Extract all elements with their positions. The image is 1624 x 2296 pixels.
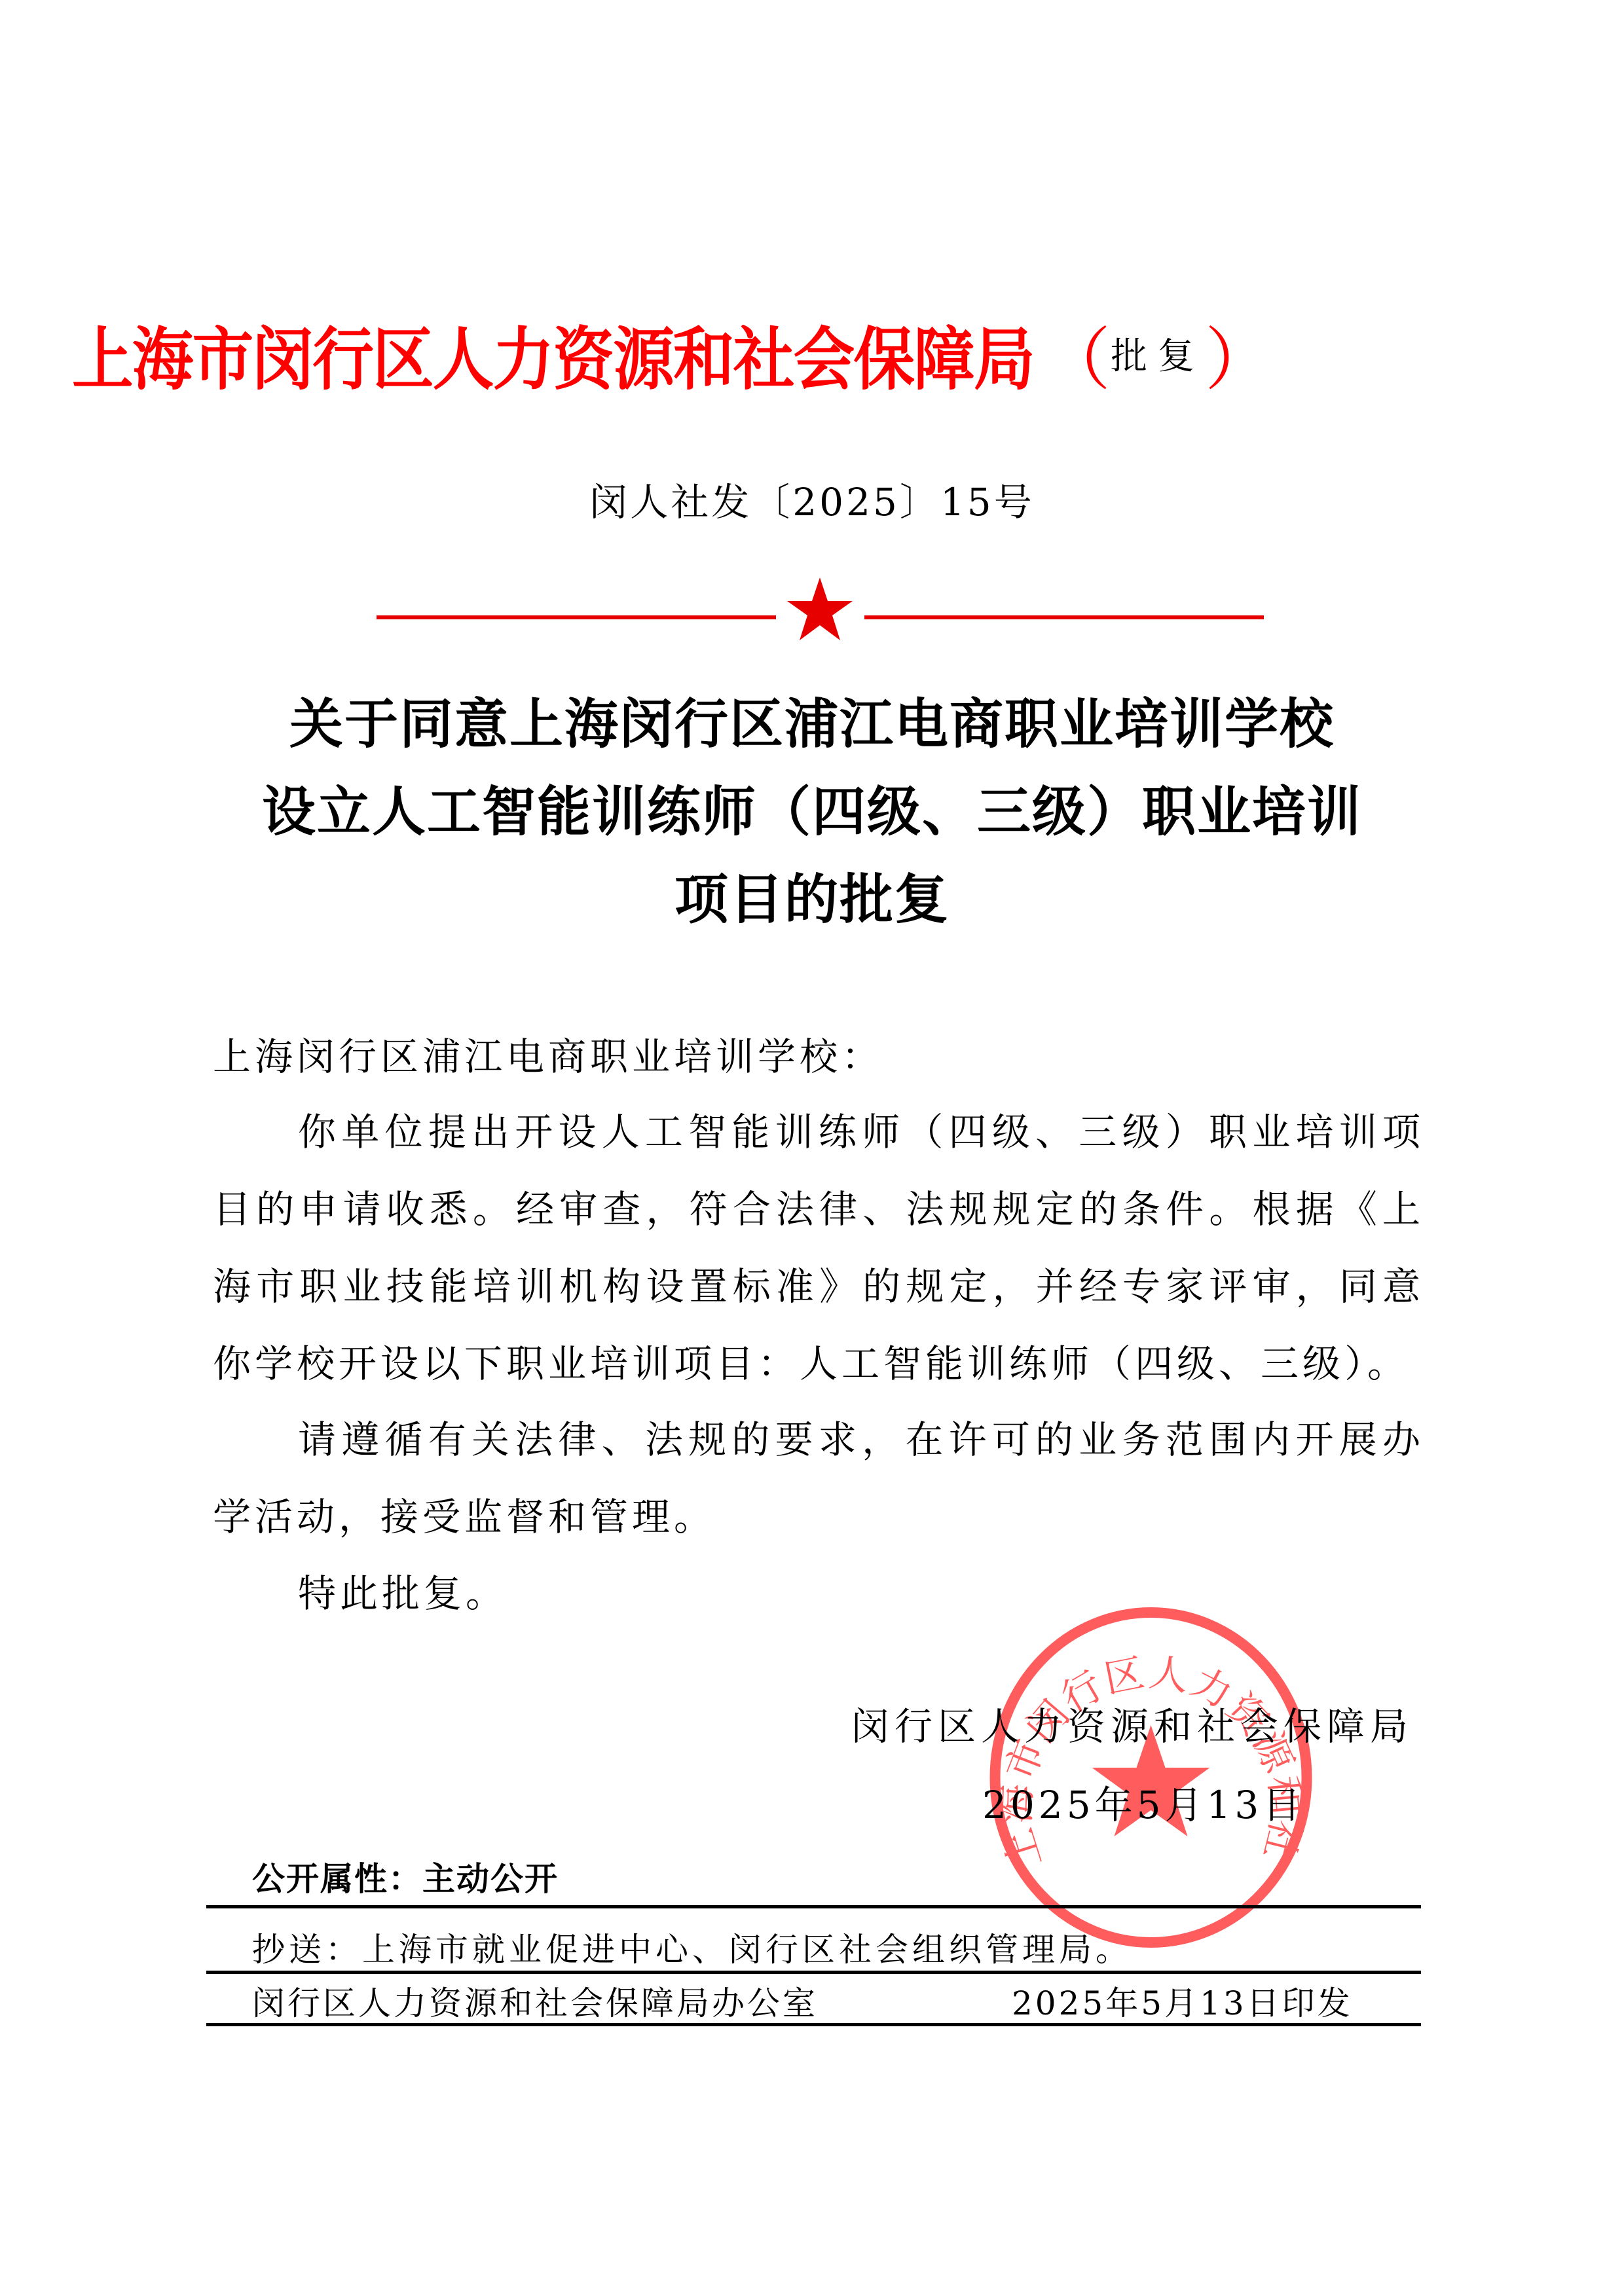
title-line: 项目的批复 [164,856,1460,944]
red-star-icon [786,576,854,642]
document-title: 关于同意上海闵行区浦江电商职业培训学校 设立人工智能训练师（四级、三级）职业培训… [164,681,1460,944]
masthead-organization: 上海市闵行区人力资源和社会保障局 [72,304,1034,403]
signature-organization: 闵行区人力资源和社会保障局 [851,1696,1413,1751]
separator-line-left [377,615,776,619]
separator-line-right [864,615,1264,619]
masthead-doc-type-group: （ 批复 ） [1043,304,1273,403]
disclosure-attribute: 公开属性：主动公开 [252,1853,559,1900]
issuing-office: 闵行区人力资源和社会保障局办公室 [252,1977,818,2024]
signature-date: 2025年5月13日 [982,1774,1304,1829]
addressee: 上海闵行区浦江电商职业培训学校： [213,1018,1424,1095]
masthead-paren-open: （ [1043,304,1111,403]
body-paragraph: 请遵循有关法律、法规的要求，在许可的业务范围内开展办学活动，接受监督和管理。 [213,1401,1424,1556]
carbon-copy: 抄送：上海市就业促进中心、闵行区社会组织管理局。 [252,1923,1132,1971]
masthead: 上海市闵行区人力资源和社会保障局 （ 批复 ） [72,308,1552,399]
footer-rule [206,1971,1421,1974]
document-number: 闵人社发〔2025〕15号 [0,471,1624,526]
title-line: 关于同意上海闵行区浦江电商职业培训学校 [164,681,1460,769]
footer-rule [206,2023,1421,2026]
footer-rule [206,1905,1421,1908]
body-paragraph: 你单位提出开设人工智能训练师（四级、三级）职业培训项目的申请收悉。经审查，符合法… [213,1093,1424,1402]
print-date: 2025年5月13日印发 [1012,1977,1353,2024]
masthead-doc-type: 批复 [1111,327,1205,380]
title-line: 设立人工智能训练师（四级、三级）职业培训 [164,769,1460,856]
masthead-paren-close: ） [1205,304,1273,403]
